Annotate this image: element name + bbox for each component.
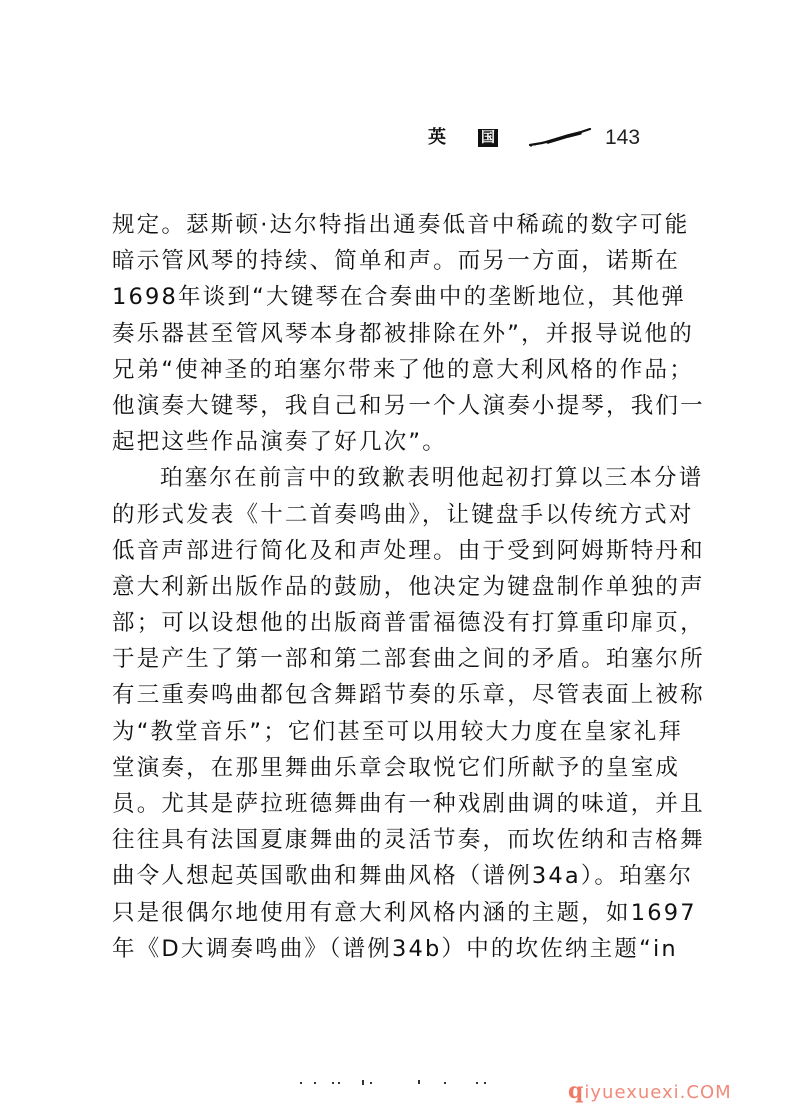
text-line: 他演奏大键琴，我自己和另一个人演奏小提琴，我们一: [112, 388, 662, 424]
chapter-title-char-1: 英: [428, 128, 446, 148]
text-line: 低音声部进行简化及和声处理。由于受到阿姆斯特丹和: [112, 533, 662, 569]
text-line: 1698年谈到“大键琴在合奏曲中的垄断地位，其他弹: [112, 279, 662, 315]
watermark-text: iyuexuexi.COM: [584, 1082, 731, 1103]
text-line: 兄弟“使神圣的珀塞尔带来了他的意大利风格的作品；: [112, 352, 662, 388]
text-line: 规定。瑟斯顿·达尔特指出通奏低音中稀疏的数字可能: [112, 207, 662, 243]
page-number: 143: [605, 127, 640, 149]
text-line: 有三重奏鸣曲都包含舞蹈节奏的乐章，尽管表面上被称: [112, 677, 662, 713]
text-line: 年《D大调奏鸣曲》（谱例34b）中的坎佐纳主题“in: [112, 931, 662, 967]
watermark-first-letter: q: [568, 1078, 584, 1104]
text-line: 堂演奏，在那里舞曲乐章会取悦它们所献予的皇室成: [112, 750, 662, 786]
pen-stroke-ornament-icon: [528, 128, 592, 148]
text-line: 于是产生了第一部和第二部套曲之间的矛盾。珀塞尔所: [112, 641, 662, 677]
text-line: 往往具有法国夏康舞曲的灵活节奏，而坎佐纳和吉格舞: [112, 822, 662, 858]
body-text: 规定。瑟斯顿·达尔特指出通奏低音中稀疏的数字可能暗示管风琴的持续、简单和声。而另…: [112, 207, 662, 967]
text-line: 曲令人想起英国歌曲和舞曲风格（谱例34a）。珀塞尔: [112, 858, 662, 894]
text-line: 为“教堂音乐”；它们甚至可以用较大力度在皇家礼拜: [112, 714, 662, 750]
text-line: 奏乐器甚至管风琴本身都被排除在外”，并报导说他的: [112, 316, 662, 352]
site-watermark: qiyuexuexi.COM: [568, 1078, 732, 1104]
scan-artifacts: [300, 1080, 600, 1086]
text-line: 的形式发表《十二首奏鸣曲》，让键盘手以传统方式对: [112, 497, 662, 533]
text-line: 暗示管风琴的持续、简单和声。而另一方面，诺斯在: [112, 243, 662, 279]
text-line: 珀塞尔在前言中的致歉表明他起初打算以三本分谱: [112, 460, 662, 496]
text-line: 部；可以设想他的出版商普雷福德没有打算重印扉页，: [112, 605, 662, 641]
text-line: 意大利新出版作品的鼓励，他决定为键盘制作单独的声: [112, 569, 662, 605]
text-line: 员。尤其是萨拉班德舞曲有一种戏剧曲调的味道，并且: [112, 786, 662, 822]
text-line: 起把这些作品演奏了好几次”。: [112, 424, 662, 460]
text-line: 只是很偶尔地使用有意大利风格内涵的主题，如1697: [112, 895, 662, 931]
chapter-title-char-2: 国: [478, 129, 498, 147]
running-head: 英 国 143: [420, 126, 660, 156]
